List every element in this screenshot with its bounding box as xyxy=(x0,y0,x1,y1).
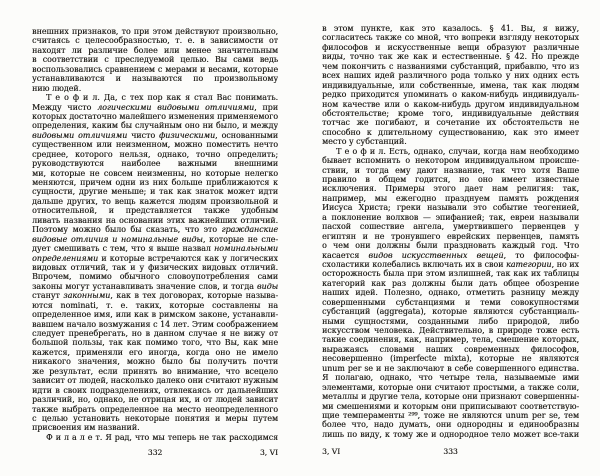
text-line: определениями и которые встречаются как … xyxy=(32,254,278,263)
text-line: например, мы ежегодно празднуем память р… xyxy=(322,194,579,203)
text-line: определения, каким бы случайным оно ни б… xyxy=(32,121,278,130)
text-line: меняются, причем одни из них больше приб… xyxy=(32,178,278,187)
text-line: никакого значения, можно было бы получит… xyxy=(32,357,278,366)
text-line: более что, надо думать, они однородны и … xyxy=(322,420,579,429)
text-line: дальше других, то вещь кажется людям про… xyxy=(32,197,278,206)
text-line: ливать названия на основании этих важней… xyxy=(32,216,278,225)
text-line: способно к длительному существованию, ка… xyxy=(322,128,579,137)
text-line: виды, точно так же как и естественные. §… xyxy=(322,52,579,61)
text-line: тотчас же погибают, и сочетание их обсто… xyxy=(322,118,579,127)
right-page-footer: 3, VI 333 xyxy=(322,446,579,457)
text-line: относительной, и представляется также уд… xyxy=(32,206,278,215)
page-number-left: 332 xyxy=(148,447,163,458)
text-line: станут законными, как в тех договорах, к… xyxy=(32,291,278,300)
text-line: согласитесь также со мной, что вопреки в… xyxy=(322,33,579,42)
text-line: среднее, которого нельзя, однако, точно … xyxy=(32,150,278,159)
text-line: Иисуса Христа; греки называли это событи… xyxy=(322,203,579,212)
text-line: вавшем начало возмужания с 14 лет. Этим … xyxy=(32,320,278,329)
text-line: такие соединения, как, например, тела, с… xyxy=(322,335,579,344)
text-line: ми, которые не совсем неизменны, но кото… xyxy=(32,169,278,178)
text-line: считаясь с целесообразностью, т. е. в за… xyxy=(32,36,278,45)
text-line: философов и искусственные вещи образуют … xyxy=(322,43,579,52)
text-line: категорий как раз должны были дать общее… xyxy=(322,279,579,288)
text-line: руководствуются наиболее важными внешним… xyxy=(32,159,278,168)
text-line: элементами, которые они считают простыми… xyxy=(322,383,579,392)
text-line: также выбрать определенное на место неоп… xyxy=(32,405,278,414)
text-line: касается видов искусственных вещей, то ф… xyxy=(322,251,579,260)
text-line: египтян и не тронувшего еврейских первен… xyxy=(322,232,579,241)
volume-mark-right: 3, VI xyxy=(322,446,340,457)
text-line: металлы и другие тела, которые они призн… xyxy=(322,392,579,401)
text-line: лишь по виду, к тому же и однородное тел… xyxy=(322,430,579,439)
text-line: кажется, применяли его иногда, когда оно… xyxy=(32,348,278,357)
text-line: ном качестве или о каком-нибудь другом и… xyxy=(322,100,579,109)
text-line: совершенными субстанциями и теми совокуп… xyxy=(322,298,579,307)
text-line: присвоения им названий. xyxy=(32,423,278,432)
text-line: пасхой сошествие ангела, умертвившего пе… xyxy=(322,222,579,231)
text-line: видовыми отличиями чисто физическими, ос… xyxy=(32,131,278,140)
text-line: Впрочем, помимо обычного словоупотреблен… xyxy=(32,272,278,281)
left-page: внешних признаков, то при этом действуют… xyxy=(32,27,278,442)
left-page-text: внешних признаков, то при этом действуют… xyxy=(32,27,278,442)
text-line: unum per se и не заключают в себе соверш… xyxy=(322,364,579,373)
scanned-book-screenshot: { "document": { "language": "Russian", "… xyxy=(0,0,600,476)
text-line: Между чисто логическими видовыми отличия… xyxy=(32,103,278,112)
right-page-text: в этом пункте, как это казалось. § 41. В… xyxy=(322,24,579,439)
text-line: определенное имя, или как в римском зако… xyxy=(32,310,278,319)
text-line: различий, но, однако, не отрицая их, и о… xyxy=(32,395,278,404)
page-number-right: 333 xyxy=(443,446,458,457)
text-line: Поэтому можно было бы сказать, что это г… xyxy=(32,225,278,234)
text-line: всех наших идей различного рода только у… xyxy=(322,71,579,80)
text-line: идти в своих подразделениях, отвлекаясь … xyxy=(32,386,278,395)
text-line: зависит от людей, насколько далеко они с… xyxy=(32,376,278,385)
text-line: же результат, если принять во внимание, … xyxy=(32,367,278,376)
text-line: большой пользы, так как помимо того, что… xyxy=(32,338,278,347)
text-line: Т е о ф и л. Есть, однако, случаи, когда… xyxy=(322,147,579,156)
left-page-footer: 332 3, VI xyxy=(32,447,278,458)
text-line: щие темпераменты ²⁹⁹, тоже не являются u… xyxy=(322,411,579,420)
text-line: которых достаточно малейшего изменения п… xyxy=(32,112,278,121)
text-line: Я полагаю, однако, что четыре тела, назы… xyxy=(322,373,579,382)
text-line: ются nominati, т. е. таких, которые сост… xyxy=(32,301,278,310)
text-line: редко приходится упоминать о каком-нибуд… xyxy=(322,90,579,99)
text-line: с целью установить некоторые понятия и м… xyxy=(32,414,278,423)
text-line: субстанций (aggregata), которые являются… xyxy=(322,307,579,316)
text-line: бывает вспомнить о некотором индивидуаль… xyxy=(322,156,579,165)
text-line: схоластики колебались включать их в свои… xyxy=(322,260,579,269)
text-line: устанавливаются и называются по произвол… xyxy=(32,74,278,83)
text-line: в этом пункте, как это казалось. § 41. В… xyxy=(322,24,579,33)
text-line: Ф и л а л е т. Я рад, что мы теперь не т… xyxy=(32,433,278,442)
book-spread: внешних признаков, то при этом действуют… xyxy=(0,0,600,476)
right-page: в этом пункте, как это казалось. § 41. В… xyxy=(322,24,579,439)
text-line: находят ли различие более или менее знач… xyxy=(32,46,278,55)
text-line: видовые отличия и номинальные виды, кото… xyxy=(32,235,278,244)
text-line: следует пренебрегать, но в данном случае… xyxy=(32,329,278,338)
text-line: наших идей. Полезно, однако, отметить ра… xyxy=(322,288,579,297)
text-line: сущности, другие меньше; и так как знато… xyxy=(32,187,278,196)
text-line: Т е о ф и л. Да, с тех пор как я стал Ва… xyxy=(32,93,278,102)
text-line: дует смешивать с тем, что я выше назвал … xyxy=(32,244,278,253)
text-line: внешних признаков, то при этом действуют… xyxy=(32,27,278,36)
text-line: существенном или неизменном, можно помес… xyxy=(32,140,278,149)
text-line: ствии, и тогда ему дают название, так чт… xyxy=(322,166,579,175)
text-line: исключения. Примеры этого дает нам религ… xyxy=(322,184,579,193)
volume-mark-left: 3, VI xyxy=(260,447,278,458)
text-line: законы могут устанавливать значение слов… xyxy=(32,282,278,291)
text-line: в соответствии с преследуемой целью. Вы … xyxy=(32,55,278,64)
text-line: воспользовались сравнением с мерами и ве… xyxy=(32,65,278,74)
text-line: осторожность была при этом излишней, так… xyxy=(322,269,579,278)
text-line: место у субстанций. xyxy=(322,137,579,146)
text-line: о чем они должны были праздновать каждый… xyxy=(322,241,579,250)
text-line: видовых отличий, так и у физических видо… xyxy=(32,263,278,272)
text-line: выражаясь словами наших современных фило… xyxy=(322,345,579,354)
text-line: индивидуальные, или собственные, имена, … xyxy=(322,81,579,90)
text-line: ными сущностями, созданными либо природо… xyxy=(322,317,579,326)
text-line: нию людей. xyxy=(32,84,278,93)
text-line: несовершенно (imperfecte mixta), которые… xyxy=(322,354,579,363)
text-line: обстоятельстве; кроме того, индивидуальн… xyxy=(322,109,579,118)
text-line: правило в общем годится, но оно имеет из… xyxy=(322,175,579,184)
text-line: а поклонение волхвов — эпифанией; так, е… xyxy=(322,213,579,222)
text-line: ми смешениями и которым они приписывают … xyxy=(322,402,579,411)
text-line: искусством человека. Действительно, в пр… xyxy=(322,326,579,335)
text-line: чем покончить с названиями субстанций, п… xyxy=(322,62,579,71)
